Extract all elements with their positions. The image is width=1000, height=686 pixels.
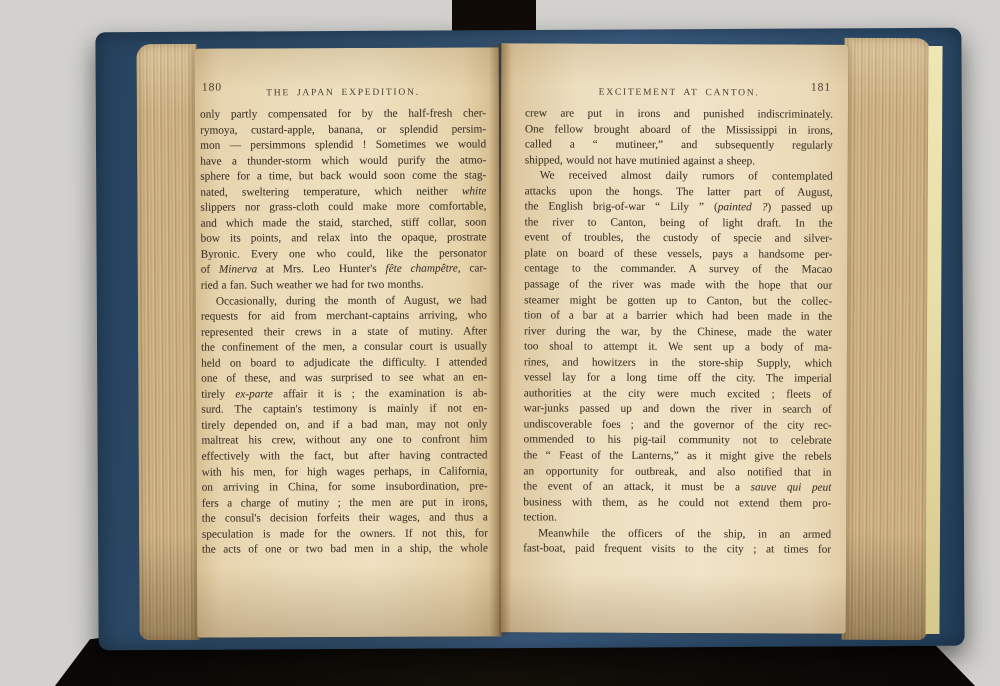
text-line: fast-boat, paid frequent visits to the c… [523,542,831,559]
page-text-left: only partly compensated for by the half-… [200,106,488,558]
running-header: EXCITEMENT AT CANTON. [599,87,760,99]
text-line: fers a charge of mutiny ; the men are pu… [202,495,488,512]
text-line: steamer might be gotten up to Canton, bu… [524,293,832,310]
text-line: surd. The captain's testimony is mainly … [201,402,487,419]
page-fore-edge-right [841,38,930,640]
text-line: tirely ex-parte affair it is ; the exami… [201,386,487,403]
text-line: one of these, and was surprised to see w… [201,371,487,388]
text-line: ommended to his pig-tail community not t… [524,433,832,450]
text-line: bow its points, and relax into the opaqu… [201,231,487,248]
page-content-right: EXCITEMENT AT CANTON. 181 crew are put i… [523,81,833,558]
text-line: called a “ mutineer,” and subsequently r… [525,137,833,154]
text-line: shipped, would not have mutinied against… [525,153,833,170]
text-line: the event of an attack, it must be a sau… [523,479,831,496]
text-line: ried a fan. Such weather we had for two … [201,277,487,294]
page-header-left: 180 THE JAPAN EXPEDITION. [200,81,486,98]
text-line: with his men, for high wages perhaps, in… [202,464,488,481]
book-page-right: EXCITEMENT AT CANTON. 181 crew are put i… [499,43,849,634]
text-line: mon — persimmons splendid ! Sometimes we… [200,137,486,154]
text-line: centage to the commander. A survey of th… [524,262,832,279]
text-line: nated, sweltering temperature, which nei… [200,184,486,201]
text-line: Byronic. Every one who could, like the p… [201,246,487,263]
text-line: only partly compensated for by the half-… [200,106,486,123]
text-line: have a thunder-storm which would purify … [200,153,486,170]
text-line: crew are put in irons and punished indis… [525,106,833,123]
page-content-left: 180 THE JAPAN EXPEDITION. only partly co… [200,81,488,558]
text-line: speculation is made for the owners. If n… [202,526,488,543]
page-fore-edge-left [136,44,199,640]
text-line: vessel lay for a long time off the city.… [524,371,832,388]
book-photo-scene: 180 THE JAPAN EXPEDITION. only partly co… [0,0,1000,686]
text-line: too shoal to attempt it. We sent up a bo… [524,340,832,357]
text-line: tirely depended on, and if a bad man, ma… [201,417,487,434]
text-line: the “ Feast of the Lanterns,” as it migh… [523,448,831,465]
text-line: event of troubles, the custody of specie… [524,231,832,248]
text-line: plate on board of these vessels, pays a … [524,246,832,263]
text-line: business with them, as he could not exte… [523,495,831,512]
page-text-right: crew are put in irons and punished indis… [523,106,833,558]
text-line: effectively with the fact, but after hav… [201,448,487,465]
running-header: THE JAPAN EXPEDITION. [266,87,420,99]
text-line: rines, and howitzers in the store-ship S… [524,355,832,372]
text-line: slippers nor grass-cloth could make more… [200,200,486,217]
text-line: the consul's decision forfeits their wag… [202,511,488,528]
text-line: the English brig-of-war “ Lily ” (painte… [525,200,833,217]
text-line: on arriving in China, for some insubordi… [202,480,488,497]
text-line: Occasionally, during the month of August… [201,293,487,310]
text-line: an opportunity for outbreak, and also no… [523,464,831,481]
text-line: of Minerva at Mrs. Leo Hunter's fête cha… [201,262,487,279]
text-line: tection. [523,511,831,528]
text-line: the river to Canton, being of light draf… [524,215,832,232]
page-number: 180 [202,82,222,94]
book-page-left: 180 THE JAPAN EXPEDITION. only partly co… [195,47,502,637]
text-line: war-junks passed up and down the river i… [524,402,832,419]
text-line: One fellow brought aboard of the Mississ… [525,122,833,139]
text-line: passage of the river was made with the h… [524,277,832,294]
text-line: We received almost daily rumors of conte… [525,169,833,186]
text-line: the acts of one or two bad men in a ship… [202,542,488,559]
text-line: undiscoverable foes ; and the governor o… [524,417,832,434]
book-gutter-shadow [489,44,511,636]
text-line: tion of a bar at a barrier which had bee… [524,308,832,325]
text-line: authorities at the city were much excite… [524,386,832,403]
text-line: represented their crews in a state of mu… [201,324,487,341]
page-number: 181 [811,82,831,94]
text-line: rymoya, custard-apple, banana, or splend… [200,122,486,139]
text-line: and which made the staid, starched, stif… [200,215,486,232]
text-line: held on board to adjudicate the difficul… [201,355,487,372]
text-line: maltreat his crew, without any one to co… [201,433,487,450]
text-line: the confinement of the men, a consular c… [201,340,487,357]
text-line: sphere for a time, but back would soon c… [200,169,486,186]
text-line: requests for aid from merchant-captains … [201,309,487,326]
page-header-right: EXCITEMENT AT CANTON. 181 [525,81,833,98]
text-line: Meanwhile the officers of the ship, in a… [523,526,831,543]
text-line: river during the war, by the Chinese, ma… [524,324,832,341]
text-line: attacks upon the hongs. The latter part … [525,184,833,201]
